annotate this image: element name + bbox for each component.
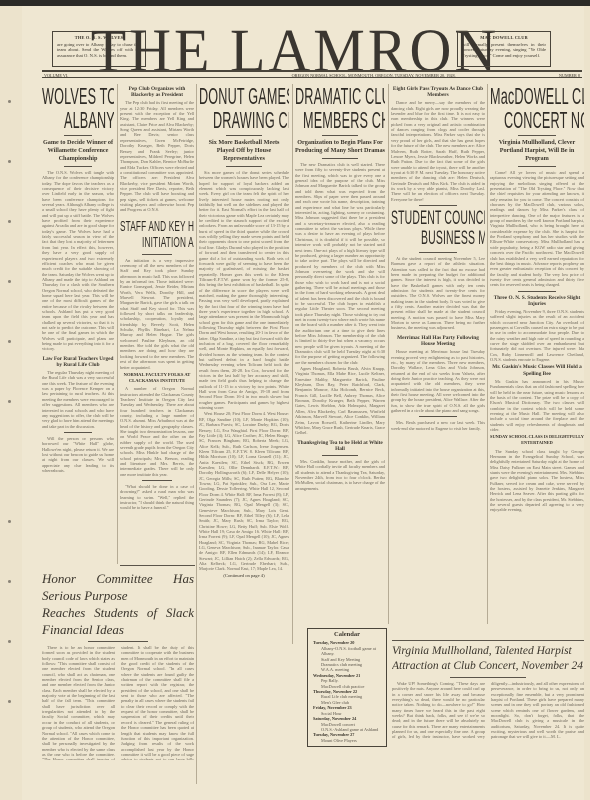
article-dramatic-club: DRAMATIC CLUB MEMBERS CHOSEN Organizatio… (295, 84, 385, 604)
rule (419, 252, 457, 253)
column-divider (487, 84, 488, 624)
article-macdowell: MacDOWELL CLUB CONCERT NOV. 24 Virginia … (490, 84, 584, 639)
column-divider (117, 84, 118, 564)
rule (88, 641, 149, 642)
dramatic-headline-1: DRAMATIC CLUB (295, 84, 345, 108)
faculty-headline: NORMAL FACULTY FOLKS AT CLACKAMAS INSTIT… (120, 372, 194, 384)
article-mullholland: Virginia Mullholland, Talented Harpist A… (392, 644, 584, 784)
donut-deck: Six More Basketball Meets Played Off by … (199, 139, 289, 163)
wolves-headline-1: WOLVES TO PLAY (42, 84, 82, 108)
rule (518, 135, 556, 136)
dramatic-body: The new Dramatics club is well started. … (295, 162, 385, 365)
rule (64, 166, 93, 167)
donut-headline-1: DONUT GAMES (199, 84, 249, 108)
volume-label: VOLUME VI. (44, 72, 68, 77)
rule (322, 135, 358, 136)
rule (226, 135, 262, 136)
rule (142, 480, 172, 481)
mullholland-headline-2: Attraction at Club Concert, November 24 (392, 659, 584, 674)
macdowell-headline-2: CONCERT NOV. 24 (504, 108, 548, 132)
rural-law-headline: Law For Rural Teachers Urged by Rural Li… (42, 356, 114, 368)
gaskin-headline: Mr. Gaskin's Music Classes Will Hold a S… (490, 364, 584, 376)
council-headline-2: BUSINESS MEETING (421, 229, 456, 249)
mullholland-body: Wake UP! Something's Coming. "These days… (392, 681, 584, 740)
merrimac-note: Mrs. Beals purchased a new car last week… (391, 420, 485, 431)
continued-note: (Continued on page 4) (199, 573, 289, 578)
wolves-deck: Game to Decide Winner of Willamette Conf… (42, 139, 114, 163)
staff-key-body: An initiation is a very impressive cerem… (120, 258, 194, 370)
calendar-event: Albany-O.N.S. football game at Albany. (313, 646, 381, 657)
pep-club-headline: Pep Club Organizes with Blackerby as Pre… (120, 86, 194, 98)
right-ear-title: MAC DOWELL CLUB (462, 35, 546, 41)
tea-body: Mrs. Conklin, house mother, and the girl… (295, 459, 385, 491)
article-honor-committee: Honor Committee Has Serious Purpose Reac… (42, 570, 194, 760)
honor-headline-2: Reaches Students of Slack Financial Idea… (42, 604, 194, 638)
rule (226, 166, 262, 167)
rule (518, 166, 556, 167)
sunday-school-headline: SUNDAY SCHOOL CLASS IS DELIGHTFULLY ENTE… (490, 434, 584, 446)
white-hall-notice: Will the person or persons who borrowed … (42, 436, 114, 473)
column-divider (292, 84, 293, 644)
staff-key-headline-1: STAFF AND KEY HOLDS (120, 219, 161, 235)
rule (142, 254, 172, 255)
donut-headline-2: DRAWING CROWD (213, 108, 255, 132)
gaskin-body: Mr. Gaskin has announced in his Music Fu… (490, 379, 584, 432)
rule (64, 432, 93, 433)
council-headline-1: STUDENT COUNCIL HAS (391, 209, 443, 229)
rule (419, 205, 457, 206)
article-dance-club: Eight Girls Pass Tryouts As Dance Club M… (391, 84, 485, 644)
issue-number: NUMBER 8 (559, 72, 580, 77)
wolves-headline-2: ALBANY TODAY (64, 108, 92, 132)
donut-body: Six more games of the donut series sched… (199, 170, 289, 410)
dance-body: Dance and be merry—say the members of th… (391, 100, 485, 202)
pep-club-body: The Pep club had its first meeting of th… (120, 100, 194, 212)
right-ear-box: MAC DOWELL CLUB will formally present th… (457, 31, 551, 67)
council-body: At the student council meeting November … (391, 256, 485, 331)
rule (120, 565, 195, 566)
calendar-event: Mount Olive Players (313, 738, 381, 743)
macdowell-body: Come! All ye lovers of music and spend a… (490, 170, 584, 288)
dateline-text: OREGON NORMAL SCHOOL, MONMOUTH, OREGON, … (292, 72, 456, 77)
tea-headline: Thanksgiving Tea to be Held at White Hal… (295, 440, 385, 452)
dateline-bar: VOLUME VI. OREGON NORMAL SCHOOL, MONMOUT… (42, 70, 582, 78)
staff-key-headline-2: INITIATION AND TEA (142, 235, 171, 251)
mullholland-body-columns: Wake UP! Something's Coming. "These days… (392, 681, 584, 771)
wolves-body: The O.N.S. Wolves will tangle with Alban… (42, 170, 114, 352)
rural-law-body: The regular Thursday night meeting of th… (42, 370, 114, 429)
honor-headline-1: Honor Committee Has Serious Purpose (42, 570, 194, 604)
honor-body: There is to be an honor committee formed… (42, 645, 194, 760)
article-wolves: WOLVES TO PLAY ALBANY TODAY Game to Deci… (42, 84, 114, 569)
macdowell-deck: Virginia Mullholland, Clever Portland Ha… (490, 139, 584, 163)
donut-lineups: West House 20; First Floor Dorm 4. West … (199, 411, 289, 571)
injuries-headline: Three O. N. S. Students Receive Slight I… (490, 295, 584, 307)
merrimac-headline: Merrimac Hall Has Party Following House … (391, 335, 485, 347)
dramatic-headline-2: MEMBERS CHOSEN (303, 108, 348, 132)
rule (392, 640, 584, 641)
mullholland-headline-1: Virginia Mullholland, Talented Harpist (392, 644, 584, 659)
article-donut-games: DONUT GAMES DRAWING CROWD Six More Baske… (199, 84, 289, 794)
rule (518, 291, 556, 292)
dramatic-deck: Organization to Begin Plans For Producin… (295, 139, 385, 155)
column-divider (196, 84, 197, 784)
merrimac-body: House meeting at Merrimac house last Tue… (391, 349, 485, 413)
column-divider (388, 84, 389, 624)
rule (419, 416, 457, 417)
macdowell-headline-1: MacDOWELL CLUB (490, 84, 542, 108)
honor-body-columns: There is to be an honor committee formed… (42, 645, 194, 760)
rule (450, 677, 527, 678)
rule (322, 158, 358, 159)
injuries-body: Friday evening, November 9, three O.N.S.… (490, 309, 584, 362)
article-pep-club: Pep Club Organizes with Blackerby as Pre… (120, 84, 194, 569)
calendar: Calendar Tuesday, November 20Albany-O.N.… (307, 628, 387, 747)
faculty-body: A number of Oregon Normal instructors at… (120, 386, 194, 477)
dramatic-members: Agnes Hoagland, Roberta Brush, Alvin Kna… (295, 366, 385, 435)
right-ear-text: will formally present themselves in thei… (462, 42, 546, 59)
faculty-joke: "What should be done in a case of drowni… (120, 484, 194, 511)
dance-headline: Eight Girls Pass Tryouts As Dance Club M… (391, 86, 485, 98)
calendar-title: Calendar (313, 632, 381, 637)
calendar-box: Calendar Tuesday, November 20Albany-O.N.… (307, 628, 387, 747)
sunday-school-body: The Sunday school class taught by George… (490, 449, 584, 513)
rule (64, 135, 93, 136)
rule (322, 455, 358, 456)
